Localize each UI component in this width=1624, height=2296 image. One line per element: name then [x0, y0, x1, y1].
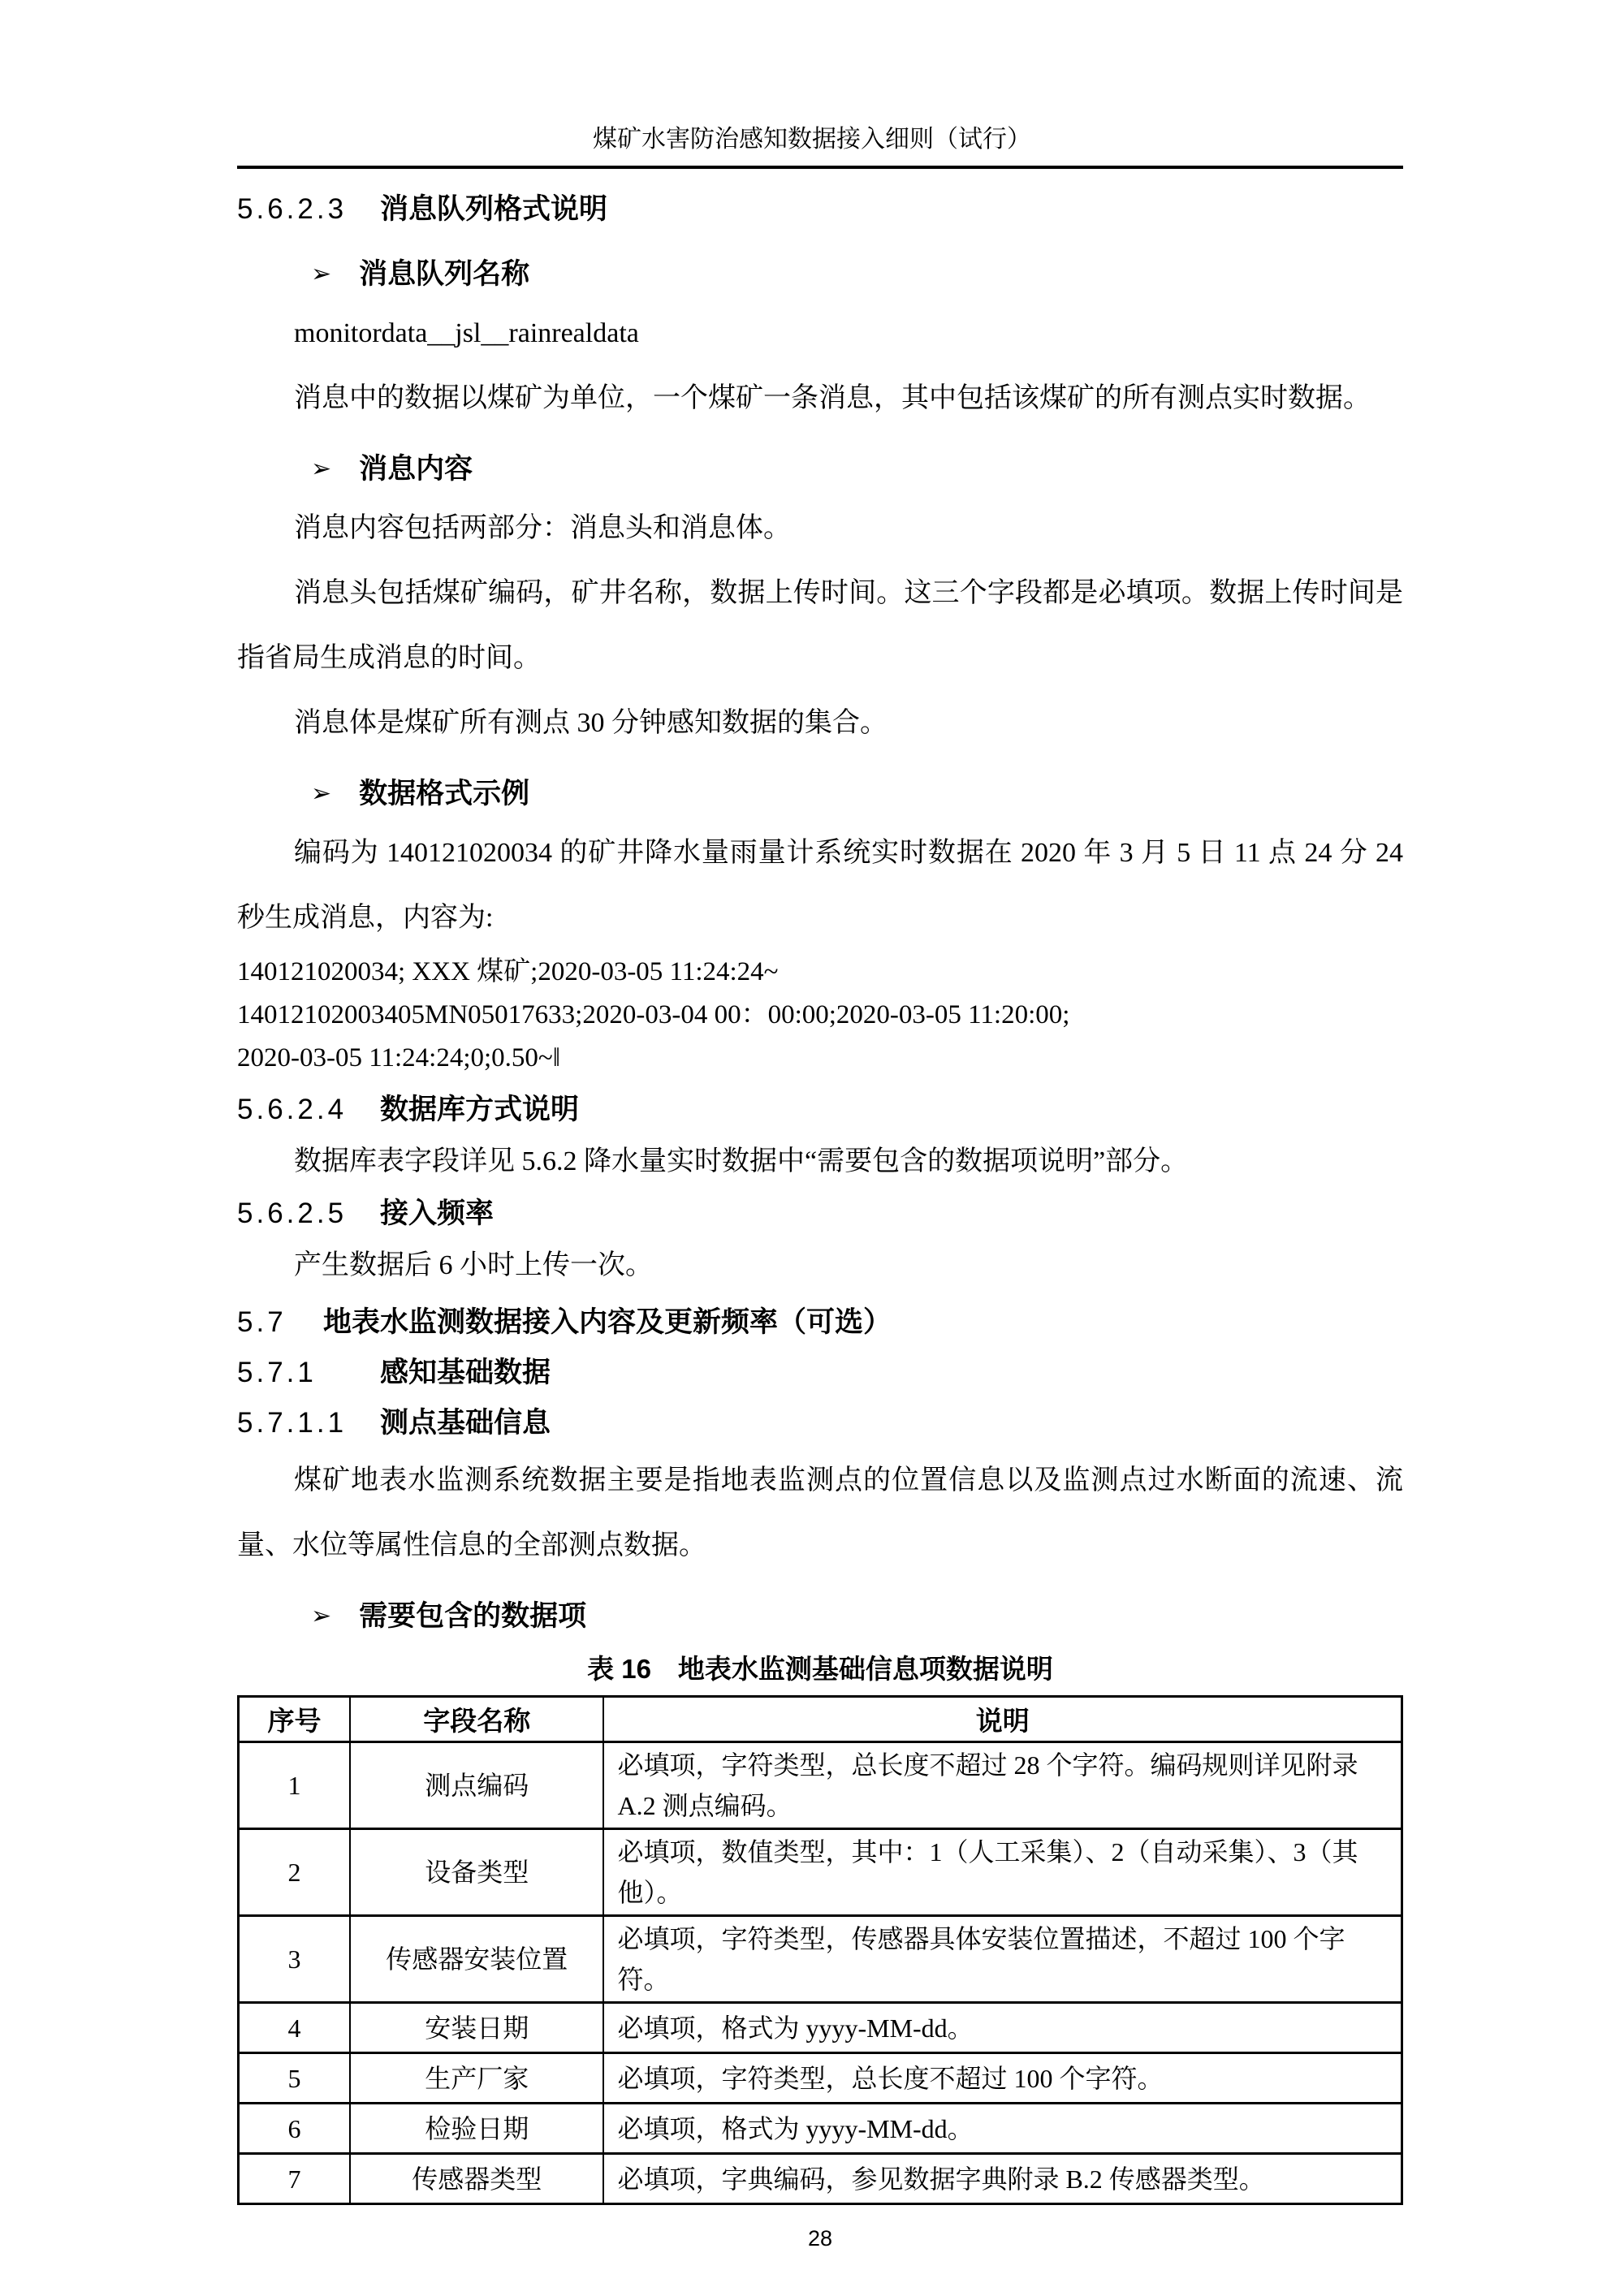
paragraph-message-body: 消息体是煤矿所有测点 30 分钟感知数据的集合。 — [237, 691, 1403, 756]
section-title: 地表水监测数据接入内容及更新频率（可选） — [323, 1297, 892, 1348]
header-rule — [237, 166, 1403, 169]
paragraph-surface-water: 煤矿地表水监测系统数据主要是指地表监测点的位置信息以及监测点过水断面的流速、流量… — [237, 1448, 1403, 1578]
table-row: 2 设备类型 必填项，数值类型，其中：1（人工采集）、2（自动采集）、3（其他）… — [239, 1829, 1402, 1916]
section-heading-5-7-1: 5.7.1 感知基础数据 — [237, 1348, 1403, 1398]
queue-name-value: monitordata__jsl__rainrealdata — [237, 301, 1403, 366]
cell-description: 必填项，字符类型，传感器具体安装位置描述，不超过 100 个字符。 — [603, 1916, 1402, 2003]
cell-field-name: 安装日期 — [350, 2003, 603, 2053]
cell-description: 必填项，字符类型，总长度不超过 100 个字符。 — [603, 2053, 1402, 2104]
table-row: 7 传感器类型 必填项，字典编码，参见数据字典附录 B.2 传感器类型。 — [239, 2154, 1402, 2204]
cell-field-name: 传感器安装位置 — [350, 1916, 603, 2003]
column-header-field-name: 字段名称 — [350, 1697, 603, 1742]
table-row: 5 生产厂家 必填项，字符类型，总长度不超过 100 个字符。 — [239, 2053, 1402, 2104]
column-header-seq: 序号 — [239, 1697, 351, 1742]
cell-description: 必填项，格式为 yyyy-MM-dd。 — [603, 2003, 1402, 2053]
document-page: 煤矿水害防治感知数据接入细则（试行） 5.6.2.3 消息队列格式说明 ➢ 消息… — [0, 0, 1624, 2296]
cell-seq: 1 — [239, 1742, 351, 1829]
section-number: 5.6.2.5 — [237, 1189, 380, 1239]
cell-field-name: 设备类型 — [350, 1829, 603, 1916]
arrow-bullet-icon: ➢ — [311, 442, 331, 496]
cell-field-name: 生产厂家 — [350, 2053, 603, 2104]
cell-seq: 5 — [239, 2053, 351, 2104]
section-number: 5.7.1 — [237, 1348, 380, 1398]
cell-description: 必填项，字符类型，总长度不超过 28 个字符。编码规则详见附录 A.2 测点编码… — [603, 1742, 1402, 1829]
section-heading-5-6-2-3: 5.6.2.3 消息队列格式说明 — [237, 183, 1403, 236]
cell-seq: 7 — [239, 2154, 351, 2204]
paragraph-queue-scope: 消息中的数据以煤矿为单位，一个煤矿一条消息，其中包括该煤矿的所有测点实时数据。 — [237, 366, 1403, 431]
cell-seq: 2 — [239, 1829, 351, 1916]
cell-seq: 4 — [239, 2003, 351, 2053]
paragraph-frequency: 产生数据后 6 小时上传一次。 — [237, 1239, 1403, 1293]
table-row: 6 检验日期 必填项，格式为 yyyy-MM-dd。 — [239, 2104, 1402, 2154]
section-title: 消息队列格式说明 — [380, 183, 607, 236]
paragraph-message-parts: 消息内容包括两部分：消息头和消息体。 — [237, 496, 1403, 561]
section-heading-5-6-2-4: 5.6.2.4 数据库方式说明 — [237, 1085, 1403, 1135]
section-heading-5-7-1-1: 5.7.1.1 测点基础信息 — [237, 1398, 1403, 1448]
arrow-bullet-icon: ➢ — [311, 248, 331, 301]
table-row: 1 测点编码 必填项，字符类型，总长度不超过 28 个字符。编码规则详见附录 A… — [239, 1742, 1402, 1829]
cell-seq: 6 — [239, 2104, 351, 2154]
paragraph-message-head: 消息头包括煤矿编码，矿井名称，数据上传时间。这三个字段都是必填项。数据上传时间是… — [237, 561, 1403, 691]
table-row: 4 安装日期 必填项，格式为 yyyy-MM-dd。 — [239, 2003, 1402, 2053]
cell-description: 必填项，格式为 yyyy-MM-dd。 — [603, 2104, 1402, 2154]
section-heading-5-6-2-5: 5.6.2.5 接入频率 — [237, 1189, 1403, 1239]
cell-field-name: 测点编码 — [350, 1742, 603, 1829]
table-header-row: 序号 字段名称 说明 — [239, 1697, 1402, 1742]
bullet-queue-name: ➢ 消息队列名称 — [237, 248, 1403, 301]
paragraph-data-example-intro: 编码为 140121020034 的矿井降水量雨量计系统实时数据在 2020 年… — [237, 821, 1403, 951]
table16: 序号 字段名称 说明 1 测点编码 必填项，字符类型，总长度不超过 28 个字符… — [237, 1695, 1403, 2205]
section-heading-5-7: 5.7 地表水监测数据接入内容及更新频率（可选） — [237, 1297, 1403, 1348]
data-example-line-3: 2020-03-05 11:24:24;0;0.50~‖ — [237, 1037, 1403, 1080]
cell-field-name: 检验日期 — [350, 2104, 603, 2154]
section-title: 感知基础数据 — [380, 1348, 551, 1398]
bullet-label: 消息队列名称 — [359, 248, 529, 301]
bullet-message-content: ➢ 消息内容 — [237, 442, 1403, 496]
table-row: 3 传感器安装位置 必填项，字符类型，传感器具体安装位置描述，不超过 100 个… — [239, 1916, 1402, 2003]
cell-seq: 3 — [239, 1916, 351, 2003]
cell-description: 必填项，字典编码，参见数据字典附录 B.2 传感器类型。 — [603, 2154, 1402, 2204]
section-number: 5.6.2.4 — [237, 1085, 380, 1135]
section-title: 数据库方式说明 — [380, 1085, 579, 1135]
section-number: 5.6.2.3 — [237, 183, 380, 236]
page-number: 28 — [237, 2226, 1403, 2251]
page-header-title: 煤矿水害防治感知数据接入细则（试行） — [0, 0, 1624, 156]
bullet-label: 消息内容 — [359, 442, 473, 496]
document-content: 5.6.2.3 消息队列格式说明 ➢ 消息队列名称 monitordata__j… — [237, 183, 1403, 2251]
arrow-bullet-icon: ➢ — [311, 767, 331, 821]
section-number: 5.7 — [237, 1297, 323, 1348]
bullet-data-example: ➢ 数据格式示例 — [237, 767, 1403, 821]
cell-description: 必填项，数值类型，其中：1（人工采集）、2（自动采集）、3（其他）。 — [603, 1829, 1402, 1916]
data-example-line-2: 14012102003405MN05017633;2020-03-04 00：0… — [237, 994, 1403, 1037]
section-title: 测点基础信息 — [380, 1398, 551, 1448]
paragraph-database: 数据库表字段详见 5.6.2 降水量实时数据中“需要包含的数据项说明”部分。 — [237, 1135, 1403, 1189]
column-header-description: 说明 — [603, 1697, 1402, 1742]
section-number: 5.7.1.1 — [237, 1398, 380, 1448]
section-title: 接入频率 — [380, 1189, 494, 1239]
table16-caption: 表 16 地表水监测基础信息项数据说明 — [237, 1643, 1403, 1695]
cell-field-name: 传感器类型 — [350, 2154, 603, 2204]
bullet-required-items: ➢ 需要包含的数据项 — [237, 1590, 1403, 1643]
arrow-bullet-icon: ➢ — [311, 1590, 331, 1643]
bullet-label: 数据格式示例 — [359, 767, 529, 821]
bullet-label: 需要包含的数据项 — [359, 1590, 586, 1643]
data-example-line-1: 140121020034; XXX 煤矿;2020-03-05 11:24:24… — [237, 951, 1403, 994]
